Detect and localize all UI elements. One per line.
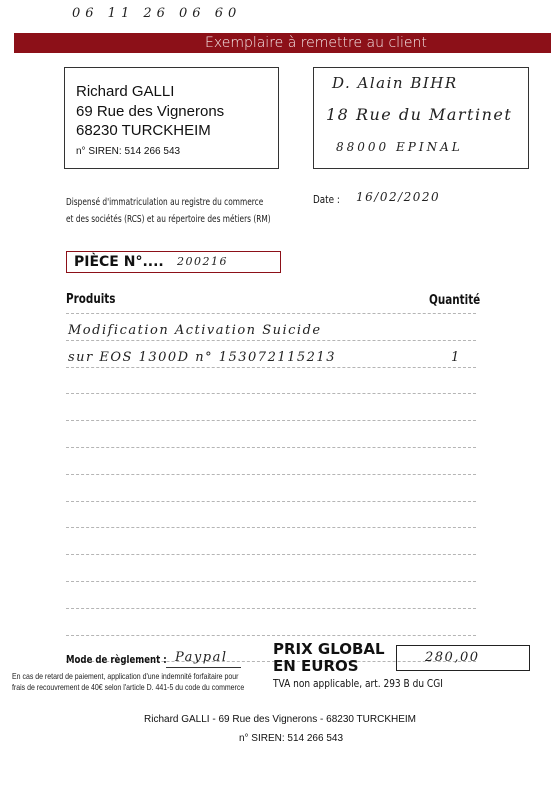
client-city: 88000 EPINAL	[336, 140, 463, 154]
payment-mode-value: Paypal	[175, 650, 228, 665]
seller-name: Richard GALLI	[76, 82, 174, 102]
total-amount-box: 280,00	[396, 645, 530, 671]
tva-note: TVA non applicable, art. 293 B du CGI	[273, 677, 443, 690]
date-value: 16/02/2020	[356, 190, 440, 204]
ruled-line	[66, 367, 476, 368]
ruled-line	[66, 501, 476, 502]
ruled-line	[66, 581, 476, 582]
piece-label: PIÈCE N°....	[74, 253, 164, 271]
product-row-text: Modification Activation Suicide	[68, 323, 322, 338]
ruled-line	[66, 447, 476, 448]
registration-exemption-note: Dispensé d'immatriculation au registre d…	[66, 194, 271, 228]
penalty-line-2: frais de recouvrement de 40€ selon l'art…	[12, 682, 244, 693]
ruled-line	[66, 420, 476, 421]
client-street: 18 Rue du Martinet	[326, 105, 512, 124]
client-name: D. Alain BIHR	[332, 74, 458, 92]
ruled-line	[66, 527, 476, 528]
ruled-line	[66, 313, 476, 314]
ruled-line	[66, 340, 476, 341]
product-row-quantity: 1	[451, 350, 461, 365]
products-header: Produits	[66, 292, 115, 307]
seller-siren: n° SIREN: 514 266 543	[76, 146, 180, 157]
date-label: Date :	[313, 193, 340, 206]
total-amount: 280,00	[425, 650, 480, 665]
client-address-box: D. Alain BIHR 18 Rue du Martinet 88000 E…	[313, 67, 529, 169]
total-label-line-1: PRIX GLOBAL	[273, 641, 385, 658]
ruled-line	[66, 554, 476, 555]
ruled-line	[66, 635, 476, 636]
exemption-line-1: Dispensé d'immatriculation au registre d…	[66, 194, 271, 211]
total-label-line-2: EN EUROS	[273, 658, 385, 675]
payment-mode-label: Mode de règlement :	[66, 653, 167, 666]
seller-address-box: Richard GALLI 69 Rue des Vignerons 68230…	[64, 67, 279, 169]
late-payment-note: En cas de retard de paiement, applicatio…	[12, 671, 244, 693]
seller-street: 69 Rue des Vignerons	[76, 102, 224, 122]
penalty-line-1: En cas de retard de paiement, applicatio…	[12, 671, 244, 682]
footer-address: Richard GALLI - 69 Rue des Vignerons - 6…	[0, 714, 560, 725]
ruled-line	[66, 393, 476, 394]
exemption-line-2: et des sociétés (RCS) et au répertoire d…	[66, 211, 271, 228]
seller-city: 68230 TURCKHEIM	[76, 121, 211, 141]
piece-value: 200216	[177, 255, 228, 268]
quantity-header: Quantité	[429, 293, 480, 308]
banner-title: Exemplaire à remettre au client	[205, 33, 427, 53]
total-label: PRIX GLOBAL EN EUROS	[273, 641, 385, 675]
copy-banner: Exemplaire à remettre au client	[14, 33, 551, 53]
ruled-line	[66, 608, 476, 609]
handwritten-phone-number: 06 11 26 06 60	[72, 6, 241, 21]
piece-number-box: PIÈCE N°.... 200216	[66, 251, 281, 273]
product-row-text: sur EOS 1300D n° 153072115213	[68, 350, 336, 365]
ruled-line	[66, 474, 476, 475]
footer-siren: n° SIREN: 514 266 543	[0, 733, 560, 744]
payment-mode-underline	[166, 667, 241, 668]
